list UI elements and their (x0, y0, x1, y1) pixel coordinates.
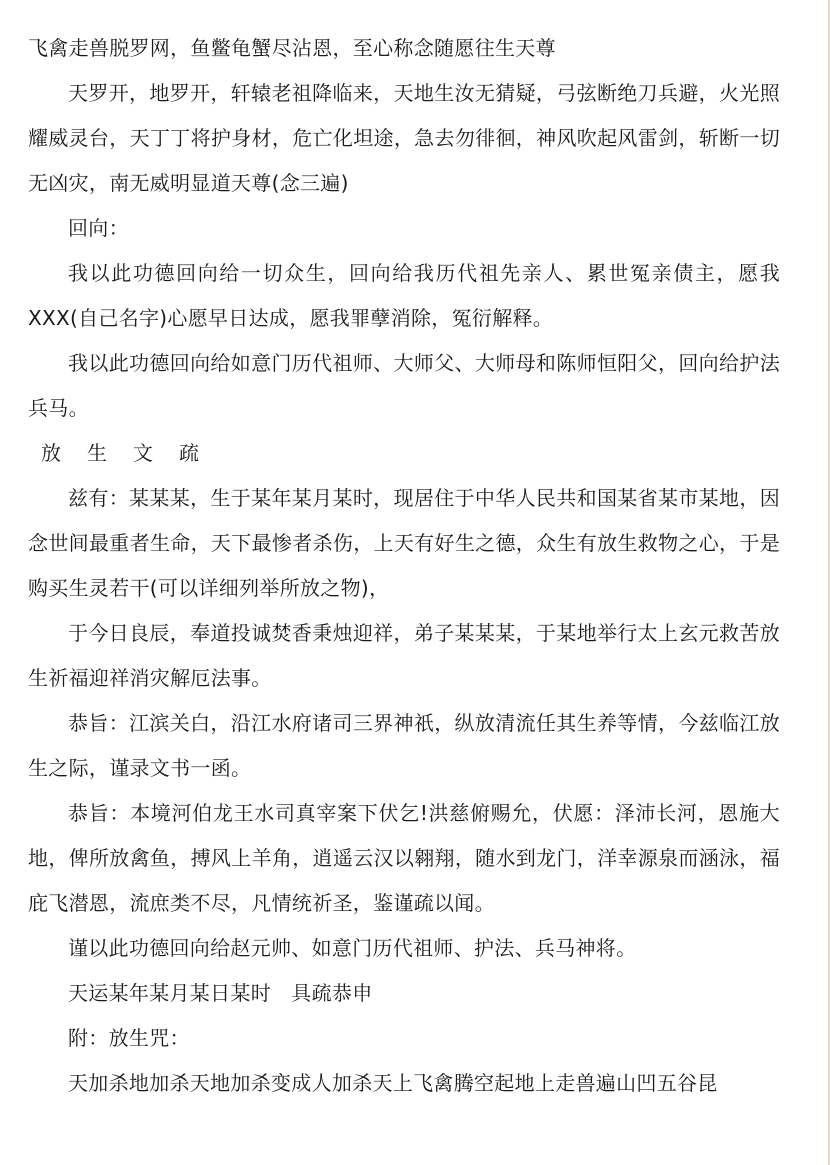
paragraph-appendix-heading: 附：放生咒： (28, 1016, 780, 1061)
section-title-char: 生 (87, 431, 107, 476)
paragraph-incantation: 天罗开，地罗开，轩辕老祖降临来，天地生汝无猜疑，弓弦断绝刀兵避，火光照耀威灵台，… (28, 71, 780, 206)
section-title-char: 放 (41, 431, 61, 476)
paragraph-release-mantra: 天加杀地加杀天地加杀变成人加杀天上飞禽腾空起地上走兽遍山凹五谷昆 (28, 1061, 780, 1106)
paragraph-declaration: 兹有：某某某，生于某年某月某时，现居住于中华人民共和国某省某市某地，因念世间最重… (28, 476, 780, 611)
paragraph-verse-ending: 飞禽走兽脱罗网，鱼鳖龟蟹尽沾恩，至心称念随愿往生天尊 (28, 26, 780, 71)
paragraph-dedication-1: 我以此功德回向给一切众生，回向给我历代祖先亲人、累世冤亲债主，愿我XXX(自己名… (28, 251, 780, 341)
section-title-char: 文 (133, 431, 153, 476)
document-content: 飞禽走兽脱罗网，鱼鳖龟蟹尽沾恩，至心称念随愿往生天尊 天罗开，地罗开，轩辕老祖降… (28, 26, 780, 1106)
paragraph-petition-dragon-king: 恭旨：本境河伯龙王水司真宰案下伏乞!洪慈俯赐允，伏愿：泽沛长河，恩施大地，俾所放… (28, 791, 780, 926)
section-title: 放生文疏 (28, 431, 780, 476)
paragraph-dedication-heading: 回向： (28, 206, 780, 251)
paragraph-ritual: 于今日良辰，奉道投诚焚香秉烛迎祥，弟子某某某，于某地举行太上玄元救苦放生祈福迎祥… (28, 611, 780, 701)
paragraph-dedication-2: 我以此功德回向给如意门历代祖师、大师父、大师母和陈师恒阳父，回向给护法兵马。 (28, 341, 780, 431)
paragraph-petition-river: 恭旨：江滨关白，沿江水府诸司三界神祇，纵放清流任其生养等情，今兹临江放生之际，谨… (28, 701, 780, 791)
paragraph-date-signature: 天运某年某月某日某时 具疏恭申 (28, 971, 780, 1016)
section-title-char: 疏 (179, 431, 199, 476)
paragraph-merit-dedication: 谨以此功德回向给赵元帅、如意门历代祖师、护法、兵马神将。 (28, 926, 780, 971)
document-page: 飞禽走兽脱罗网，鱼鳖龟蟹尽沾恩，至心称念随愿往生天尊 天罗开，地罗开，轩辕老祖降… (0, 0, 830, 1165)
